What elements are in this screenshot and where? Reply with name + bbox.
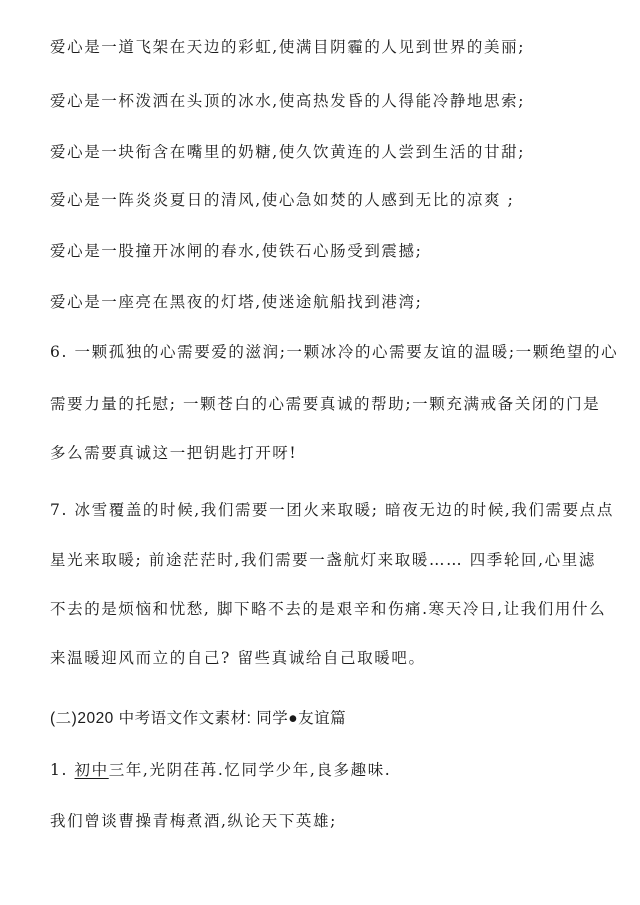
love-line-1: 爱心是一道飞架在天边的彩虹,使满目阴霾的人见到世界的美丽; [50, 37, 525, 57]
love-line-6: 爱心是一座亮在黑夜的灯塔,使迷途航船找到港湾; [50, 292, 422, 312]
item7-line-1: 7. 冰雪覆盖的时候,我们需要一团火来取暖; 暗夜无边的时候,我们需要点点 [50, 500, 614, 520]
love-line-2: 爱心是一杯泼洒在头顶的冰水,使高热发昏的人得能冷静地思索; [50, 91, 525, 111]
love-line-5: 爱心是一股撞开冰闸的春水,使铁石心肠受到震撼; [50, 241, 422, 261]
friend-line-2: 我们曾谈曹操青梅煮酒,纵论天下英雄; [50, 811, 337, 831]
section-heading: (二)2020 中考语文作文素材: 同学●友谊篇 [50, 709, 346, 729]
love-line-3: 爱心是一块衔含在嘴里的奶糖,使久饮黄连的人尝到生活的甘甜; [50, 142, 525, 162]
friend-item-1-prefix: 1. [50, 761, 75, 779]
item7-line-2: 星光来取暖; 前途茫茫时,我们需要一盏航灯来取暖…… 四季轮回,心里滤 [50, 550, 596, 570]
friend-item-1-rest: 三年,光阴荏苒.忆同学少年,良多趣味. [109, 761, 392, 779]
love-line-4: 爱心是一阵炎炎夏日的清风,使心急如焚的人感到无比的凉爽 ; [50, 190, 514, 210]
friend-item-1: 1. 初中三年,光阴荏苒.忆同学少年,良多趣味. [50, 760, 391, 780]
item6-line-2: 需要力量的托慰; 一颗苍白的心需要真诚的帮助;一颗充满戒备关闭的门是 [50, 394, 600, 414]
item7-line-3: 不去的是烦恼和忧愁, 脚下略不去的是艰辛和伤痛.寒天冷日,让我们用什么 [50, 599, 606, 619]
item6-line-1: 6. 一颗孤独的心需要爱的滋润;一颗冰冷的心需要友谊的温暖;一颗绝望的心 [50, 342, 618, 362]
item7-line-4: 来温暖迎风而立的自己? 留些真诚给自己取暖吧。 [50, 648, 426, 668]
item6-line-3: 多么需要真诚这一把钥匙打开呀! [50, 443, 297, 463]
friend-item-1-underlined: 初中 [75, 761, 109, 779]
